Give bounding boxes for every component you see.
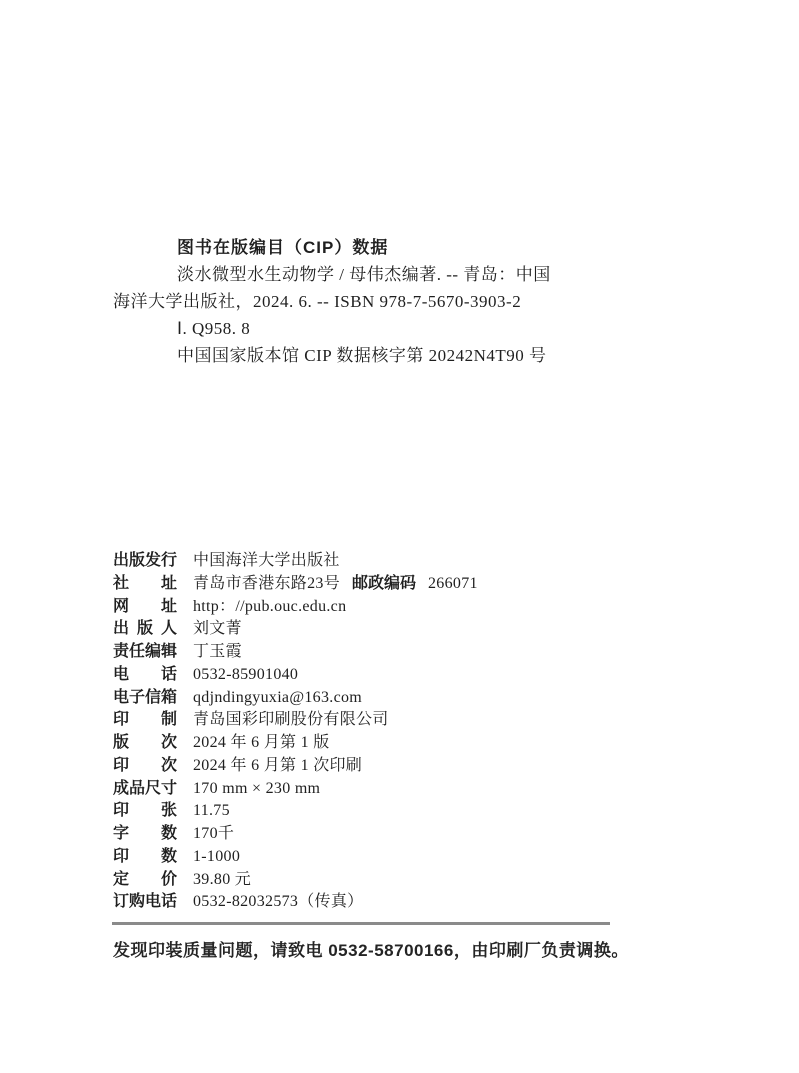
colophon-row-price: 定价 39.80 元: [113, 869, 653, 892]
cip-line: 中国国家版本馆 CIP 数据核字第 20242N4T90 号: [113, 342, 653, 369]
row-label: 印次: [113, 755, 177, 778]
colophon-row-address: 社址 青岛市香港东路23号 邮政编码 266071: [113, 573, 653, 596]
row-label: 出版人: [113, 618, 177, 641]
row-value: 11.75: [193, 800, 230, 823]
row-value: 2024 年 6 月第 1 次印刷: [193, 755, 362, 778]
row-value: http：//pub.ouc.edu.cn: [193, 596, 346, 619]
row-value: 2024 年 6 月第 1 版: [193, 732, 330, 755]
colophon-row-orderphone: 订购电话 0532-82032573（传真）: [113, 891, 653, 914]
row-label: 责任编辑: [113, 641, 177, 664]
row-label: 订购电话: [113, 891, 177, 914]
row-value: 1-1000: [193, 846, 240, 869]
row-label: 网址: [113, 596, 177, 619]
row-label: 出版发行: [113, 550, 177, 573]
row-value: 170 mm × 230 mm: [193, 778, 320, 801]
row-label: 电子信箱: [113, 687, 177, 710]
print-quality-note: 发现印装质量问题，请致电 0532-58700166，由印刷厂负责调换。: [113, 936, 629, 961]
colophon-row-publisher: 出版发行 中国海洋大学出版社: [113, 550, 653, 573]
colophon-row-impression: 印次 2024 年 6 月第 1 次印刷: [113, 755, 653, 778]
row-label: 印数: [113, 846, 177, 869]
colophon-row-publisher-person: 出版人 刘文菁: [113, 618, 653, 641]
cip-heading: 图书在版编目（CIP）数据: [113, 234, 653, 261]
postal-code-label: 邮政编码: [352, 573, 416, 596]
row-value: 0532-82032573（传真）: [193, 891, 363, 914]
colophon-row-size: 成品尺寸 170 mm × 230 mm: [113, 778, 653, 801]
colophon-row-editor: 责任编辑 丁玉霞: [113, 641, 653, 664]
cip-line: 海洋大学出版社，2024. 6. -- ISBN 978-7-5670-3903…: [113, 288, 653, 315]
colophon-block: 出版发行 中国海洋大学出版社 社址 青岛市香港东路23号 邮政编码 266071…: [113, 550, 653, 914]
row-value: 170千: [193, 823, 234, 846]
colophon-row-wordcount: 字数 170千: [113, 823, 653, 846]
row-value: 中国海洋大学出版社: [193, 550, 340, 573]
row-value: 39.80 元: [193, 869, 251, 892]
row-value: 刘文菁: [193, 618, 242, 641]
row-label: 字数: [113, 823, 177, 846]
row-label: 印张: [113, 800, 177, 823]
row-value: 青岛市香港东路23号: [193, 573, 352, 596]
copyright-page: 图书在版编目（CIP）数据 淡水微型水生动物学 / 母伟杰编著. -- 青岛：中…: [0, 0, 799, 1073]
row-label: 电话: [113, 664, 177, 687]
colophon-row-website: 网址 http：//pub.ouc.edu.cn: [113, 596, 653, 619]
colophon-row-phone: 电话 0532-85901040: [113, 664, 653, 687]
row-label: 定价: [113, 869, 177, 892]
row-label: 社址: [113, 573, 177, 596]
row-label: 版次: [113, 732, 177, 755]
colophon-row-printer: 印制 青岛国彩印刷股份有限公司: [113, 709, 653, 732]
cip-line: Ⅰ. Q958. 8: [113, 315, 653, 342]
row-value: qdjndingyuxia@163.com: [193, 687, 362, 710]
row-value: 丁玉霞: [193, 641, 242, 664]
cip-block: 图书在版编目（CIP）数据 淡水微型水生动物学 / 母伟杰编著. -- 青岛：中…: [113, 234, 653, 369]
colophon-row-sheets: 印张 11.75: [113, 800, 653, 823]
postal-code-value: 266071: [428, 573, 478, 596]
cip-line: 淡水微型水生动物学 / 母伟杰编著. -- 青岛：中国: [113, 261, 653, 288]
row-value: 0532-85901040: [193, 664, 298, 687]
row-label: 成品尺寸: [113, 778, 177, 801]
row-label: 印制: [113, 709, 177, 732]
divider-rule: [112, 922, 610, 925]
row-value: 青岛国彩印刷股份有限公司: [193, 709, 389, 732]
colophon-row-edition: 版次 2024 年 6 月第 1 版: [113, 732, 653, 755]
colophon-row-email: 电子信箱 qdjndingyuxia@163.com: [113, 687, 653, 710]
colophon-row-printrun: 印数 1-1000: [113, 846, 653, 869]
